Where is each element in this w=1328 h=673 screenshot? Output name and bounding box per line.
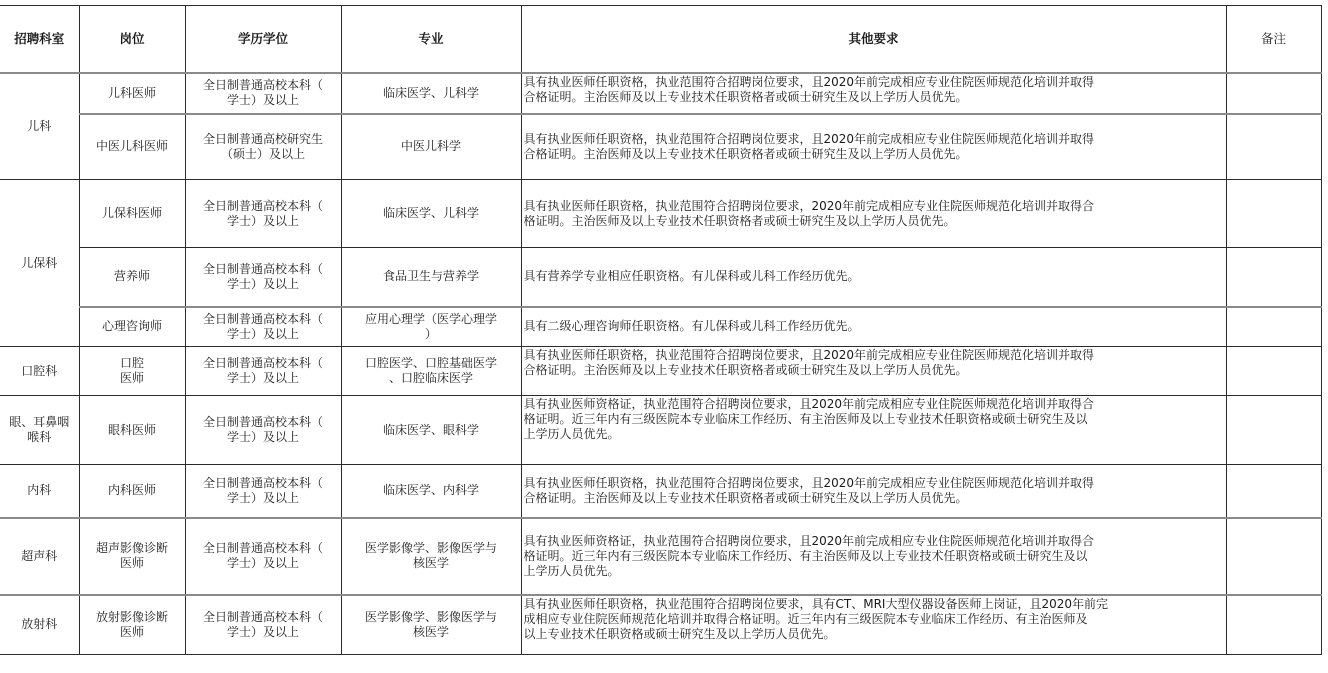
remark-cell xyxy=(1226,73,1321,114)
position-label: 眼科医师 xyxy=(82,423,183,438)
position-cell: 儿保科医师 xyxy=(79,180,185,248)
education-cell: 全日制普通高校本科（ 学士）及以上 xyxy=(185,518,341,595)
position-label: 心理咨询师 xyxy=(82,319,183,334)
education-cell: 全日制普通高校本科（ 学士）及以上 xyxy=(185,347,341,396)
table-row: 超声科 超声影像诊断 医师 全日制普通高校本科（ 学士）及以上 医学影像学、影像… xyxy=(0,518,1321,595)
position-label: 儿保科医师 xyxy=(82,206,183,221)
department-label: 放射科 xyxy=(2,617,77,632)
position-cell: 超声影像诊断 医师 xyxy=(79,518,185,595)
other-requirements-cell: 具有执业医师任职资格，执业范围符合招聘岗位要求，且2020年前完成相应专业住院医… xyxy=(521,73,1226,114)
remark-cell xyxy=(1226,595,1321,655)
major-label: 临床医学、内科学 xyxy=(344,483,519,498)
education-cell: 全日制普通高校本科（ 学士）及以上 xyxy=(185,396,341,465)
education-cell: 全日制普通高校本科（ 学士）及以上 xyxy=(185,307,341,347)
education-cell: 全日制普通高校本科（ 学士）及以上 xyxy=(185,73,341,114)
table-row: 中医儿科医师 全日制普通高校研究生 （硕士）及以上 中医儿科学 具有执业医师任职… xyxy=(0,114,1321,180)
other-requirements-cell: 具有执业医师任职资格，执业范围符合招聘岗位要求，且2020年前完成相应专业住院医… xyxy=(521,347,1226,396)
position-label: 口腔 医师 xyxy=(82,356,183,386)
education-cell: 全日制普通高校本科（ 学士）及以上 xyxy=(185,595,341,655)
remark-cell xyxy=(1226,248,1321,307)
requirements-text: 具有执业医师任职资格，执业范围符合招聘岗位要求，且2020年前完成相应专业住院医… xyxy=(524,348,1224,378)
education-label: 全日制普通高校本科（ 学士）及以上 xyxy=(188,262,339,292)
header-major: 专业 xyxy=(341,6,521,73)
major-label: 中医儿科学 xyxy=(344,139,519,154)
remark-cell xyxy=(1226,347,1321,396)
table-row: 心理咨询师 全日制普通高校本科（ 学士）及以上 应用心理学（医学心理学 ） 具有… xyxy=(0,307,1321,347)
major-label: 食品卫生与营养学 xyxy=(344,269,519,284)
other-requirements-cell: 具有二级心理咨询师任职资格。有儿保科或儿科工作经历优先。 xyxy=(521,307,1226,347)
table-row: 眼、耳鼻咽 喉科 眼科医师 全日制普通高校本科（ 学士）及以上 临床医学、眼科学… xyxy=(0,396,1321,465)
other-requirements-cell: 具有执业医师任职资格，执业范围符合招聘岗位要求，具有CT、MRI大型仪器设备医师… xyxy=(521,595,1226,655)
major-label: 临床医学、儿科学 xyxy=(344,86,519,101)
remark-cell xyxy=(1226,114,1321,180)
other-requirements-cell: 具有执业医师资格证，执业范围符合招聘岗位要求，且2020年前完成相应专业住院医师… xyxy=(521,518,1226,595)
education-label: 全日制普通高校本科（ 学士）及以上 xyxy=(188,312,339,342)
position-cell: 营养师 xyxy=(79,248,185,307)
department-cell: 口腔科 xyxy=(0,347,79,396)
major-label: 临床医学、眼科学 xyxy=(344,423,519,438)
requirements-text: 具有执业医师任职资格，执业范围符合招聘岗位要求，且2020年前完成相应专业住院医… xyxy=(524,75,1224,105)
remark-cell xyxy=(1226,465,1321,518)
major-cell: 临床医学、儿科学 xyxy=(341,73,521,114)
department-label: 儿科 xyxy=(2,119,77,134)
header-department: 招聘科室 xyxy=(0,6,79,73)
position-cell: 儿科医师 xyxy=(79,73,185,114)
department-cell: 放射科 xyxy=(0,595,79,655)
department-label: 眼、耳鼻咽 喉科 xyxy=(2,415,77,445)
department-cell: 儿科 xyxy=(0,73,79,180)
table-row: 儿保科 儿保科医师 全日制普通高校本科（ 学士）及以上 临床医学、儿科学 具有执… xyxy=(0,180,1321,248)
department-label: 儿保科 xyxy=(2,256,77,271)
requirements-text: 具有执业医师资格证，执业范围符合招聘岗位要求，且2020年前完成相应专业住院医师… xyxy=(524,534,1224,579)
header-row: 招聘科室 岗位 学历学位 专业 其他要求 备注 xyxy=(0,6,1321,73)
header-other-requirements: 其他要求 xyxy=(521,6,1226,73)
major-cell: 临床医学、儿科学 xyxy=(341,180,521,248)
other-requirements-cell: 具有执业医师任职资格，执业范围符合招聘岗位要求，2020年前完成相应专业住院医师… xyxy=(521,180,1226,248)
recruitment-table: 招聘科室 岗位 学历学位 专业 其他要求 备注 儿科 儿科医师 全日制普通高校本… xyxy=(0,5,1322,655)
remark-cell xyxy=(1226,307,1321,347)
position-cell: 口腔 医师 xyxy=(79,347,185,396)
requirements-text: 具有执业医师任职资格，执业范围符合招聘岗位要求，且2020年前完成相应专业住院医… xyxy=(524,132,1224,162)
department-label: 超声科 xyxy=(2,549,77,564)
department-cell: 儿保科 xyxy=(0,180,79,347)
education-label: 全日制普通高校本科（ 学士）及以上 xyxy=(188,476,339,506)
major-label: 医学影像学、影像医学与 核医学 xyxy=(344,610,519,640)
position-cell: 心理咨询师 xyxy=(79,307,185,347)
header-education: 学历学位 xyxy=(185,6,341,73)
education-label: 全日制普通高校本科（ 学士）及以上 xyxy=(188,610,339,640)
position-cell: 内科医师 xyxy=(79,465,185,518)
table-row: 营养师 全日制普通高校本科（ 学士）及以上 食品卫生与营养学 具有营养学专业相应… xyxy=(0,248,1321,307)
header-position: 岗位 xyxy=(79,6,185,73)
position-cell: 眼科医师 xyxy=(79,396,185,465)
requirements-text: 具有执业医师任职资格，执业范围符合招聘岗位要求，具有CT、MRI大型仪器设备医师… xyxy=(524,597,1224,642)
major-cell: 应用心理学（医学心理学 ） xyxy=(341,307,521,347)
education-label: 全日制普通高校本科（ 学士）及以上 xyxy=(188,541,339,571)
education-cell: 全日制普通高校本科（ 学士）及以上 xyxy=(185,248,341,307)
position-label: 超声影像诊断 医师 xyxy=(82,541,183,571)
requirements-text: 具有营养学专业相应任职资格。有儿保科或儿科工作经历优先。 xyxy=(524,269,1224,284)
major-cell: 中医儿科学 xyxy=(341,114,521,180)
major-cell: 临床医学、眼科学 xyxy=(341,396,521,465)
remark-cell xyxy=(1226,396,1321,465)
education-label: 全日制普通高校本科（ 学士）及以上 xyxy=(188,78,339,108)
position-label: 中医儿科医师 xyxy=(82,139,183,154)
position-label: 内科医师 xyxy=(82,483,183,498)
education-label: 全日制普通高校本科（ 学士）及以上 xyxy=(188,356,339,386)
education-cell: 全日制普通高校本科（ 学士）及以上 xyxy=(185,465,341,518)
education-label: 全日制普通高校本科（ 学士）及以上 xyxy=(188,415,339,445)
position-cell: 放射影像诊断 医师 xyxy=(79,595,185,655)
department-label: 口腔科 xyxy=(2,364,77,379)
other-requirements-cell: 具有执业医师任职资格，执业范围符合招聘岗位要求，且2020年前完成相应专业住院医… xyxy=(521,114,1226,180)
position-label: 营养师 xyxy=(82,269,183,284)
major-cell: 口腔医学、口腔基础医学 、口腔临床医学 xyxy=(341,347,521,396)
header-remark: 备注 xyxy=(1226,6,1321,73)
remark-cell xyxy=(1226,180,1321,248)
major-label: 医学影像学、影像医学与 核医学 xyxy=(344,541,519,571)
education-cell: 全日制普通高校本科（ 学士）及以上 xyxy=(185,180,341,248)
major-cell: 医学影像学、影像医学与 核医学 xyxy=(341,595,521,655)
table-row: 口腔科 口腔 医师 全日制普通高校本科（ 学士）及以上 口腔医学、口腔基础医学 … xyxy=(0,347,1321,396)
department-cell: 内科 xyxy=(0,465,79,518)
table-row: 内科 内科医师 全日制普通高校本科（ 学士）及以上 临床医学、内科学 具有执业医… xyxy=(0,465,1321,518)
position-label: 放射影像诊断 医师 xyxy=(82,610,183,640)
other-requirements-cell: 具有营养学专业相应任职资格。有儿保科或儿科工作经历优先。 xyxy=(521,248,1226,307)
education-label: 全日制普通高校本科（ 学士）及以上 xyxy=(188,199,339,229)
department-cell: 眼、耳鼻咽 喉科 xyxy=(0,396,79,465)
other-requirements-cell: 具有执业医师资格证，执业范围符合招聘岗位要求，且2020年前完成相应专业住院医师… xyxy=(521,396,1226,465)
major-label: 应用心理学（医学心理学 ） xyxy=(344,312,519,342)
education-label: 全日制普通高校研究生 （硕士）及以上 xyxy=(188,132,339,162)
remark-cell xyxy=(1226,518,1321,595)
table-row: 放射科 放射影像诊断 医师 全日制普通高校本科（ 学士）及以上 医学影像学、影像… xyxy=(0,595,1321,655)
requirements-text: 具有二级心理咨询师任职资格。有儿保科或儿科工作经历优先。 xyxy=(524,319,1224,334)
position-label: 儿科医师 xyxy=(82,86,183,101)
major-label: 口腔医学、口腔基础医学 、口腔临床医学 xyxy=(344,356,519,386)
requirements-text: 具有执业医师任职资格，执业范围符合招聘岗位要求，且2020年前完成相应专业住院医… xyxy=(524,476,1224,506)
major-cell: 医学影像学、影像医学与 核医学 xyxy=(341,518,521,595)
table-row: 儿科 儿科医师 全日制普通高校本科（ 学士）及以上 临床医学、儿科学 具有执业医… xyxy=(0,73,1321,114)
position-cell: 中医儿科医师 xyxy=(79,114,185,180)
requirements-text: 具有执业医师任职资格，执业范围符合招聘岗位要求，2020年前完成相应专业住院医师… xyxy=(524,199,1224,229)
education-cell: 全日制普通高校研究生 （硕士）及以上 xyxy=(185,114,341,180)
department-cell: 超声科 xyxy=(0,518,79,595)
other-requirements-cell: 具有执业医师任职资格，执业范围符合招聘岗位要求，且2020年前完成相应专业住院医… xyxy=(521,465,1226,518)
major-cell: 临床医学、内科学 xyxy=(341,465,521,518)
major-cell: 食品卫生与营养学 xyxy=(341,248,521,307)
requirements-text: 具有执业医师资格证，执业范围符合招聘岗位要求，且2020年前完成相应专业住院医师… xyxy=(524,397,1224,442)
major-label: 临床医学、儿科学 xyxy=(344,206,519,221)
department-label: 内科 xyxy=(2,483,77,498)
